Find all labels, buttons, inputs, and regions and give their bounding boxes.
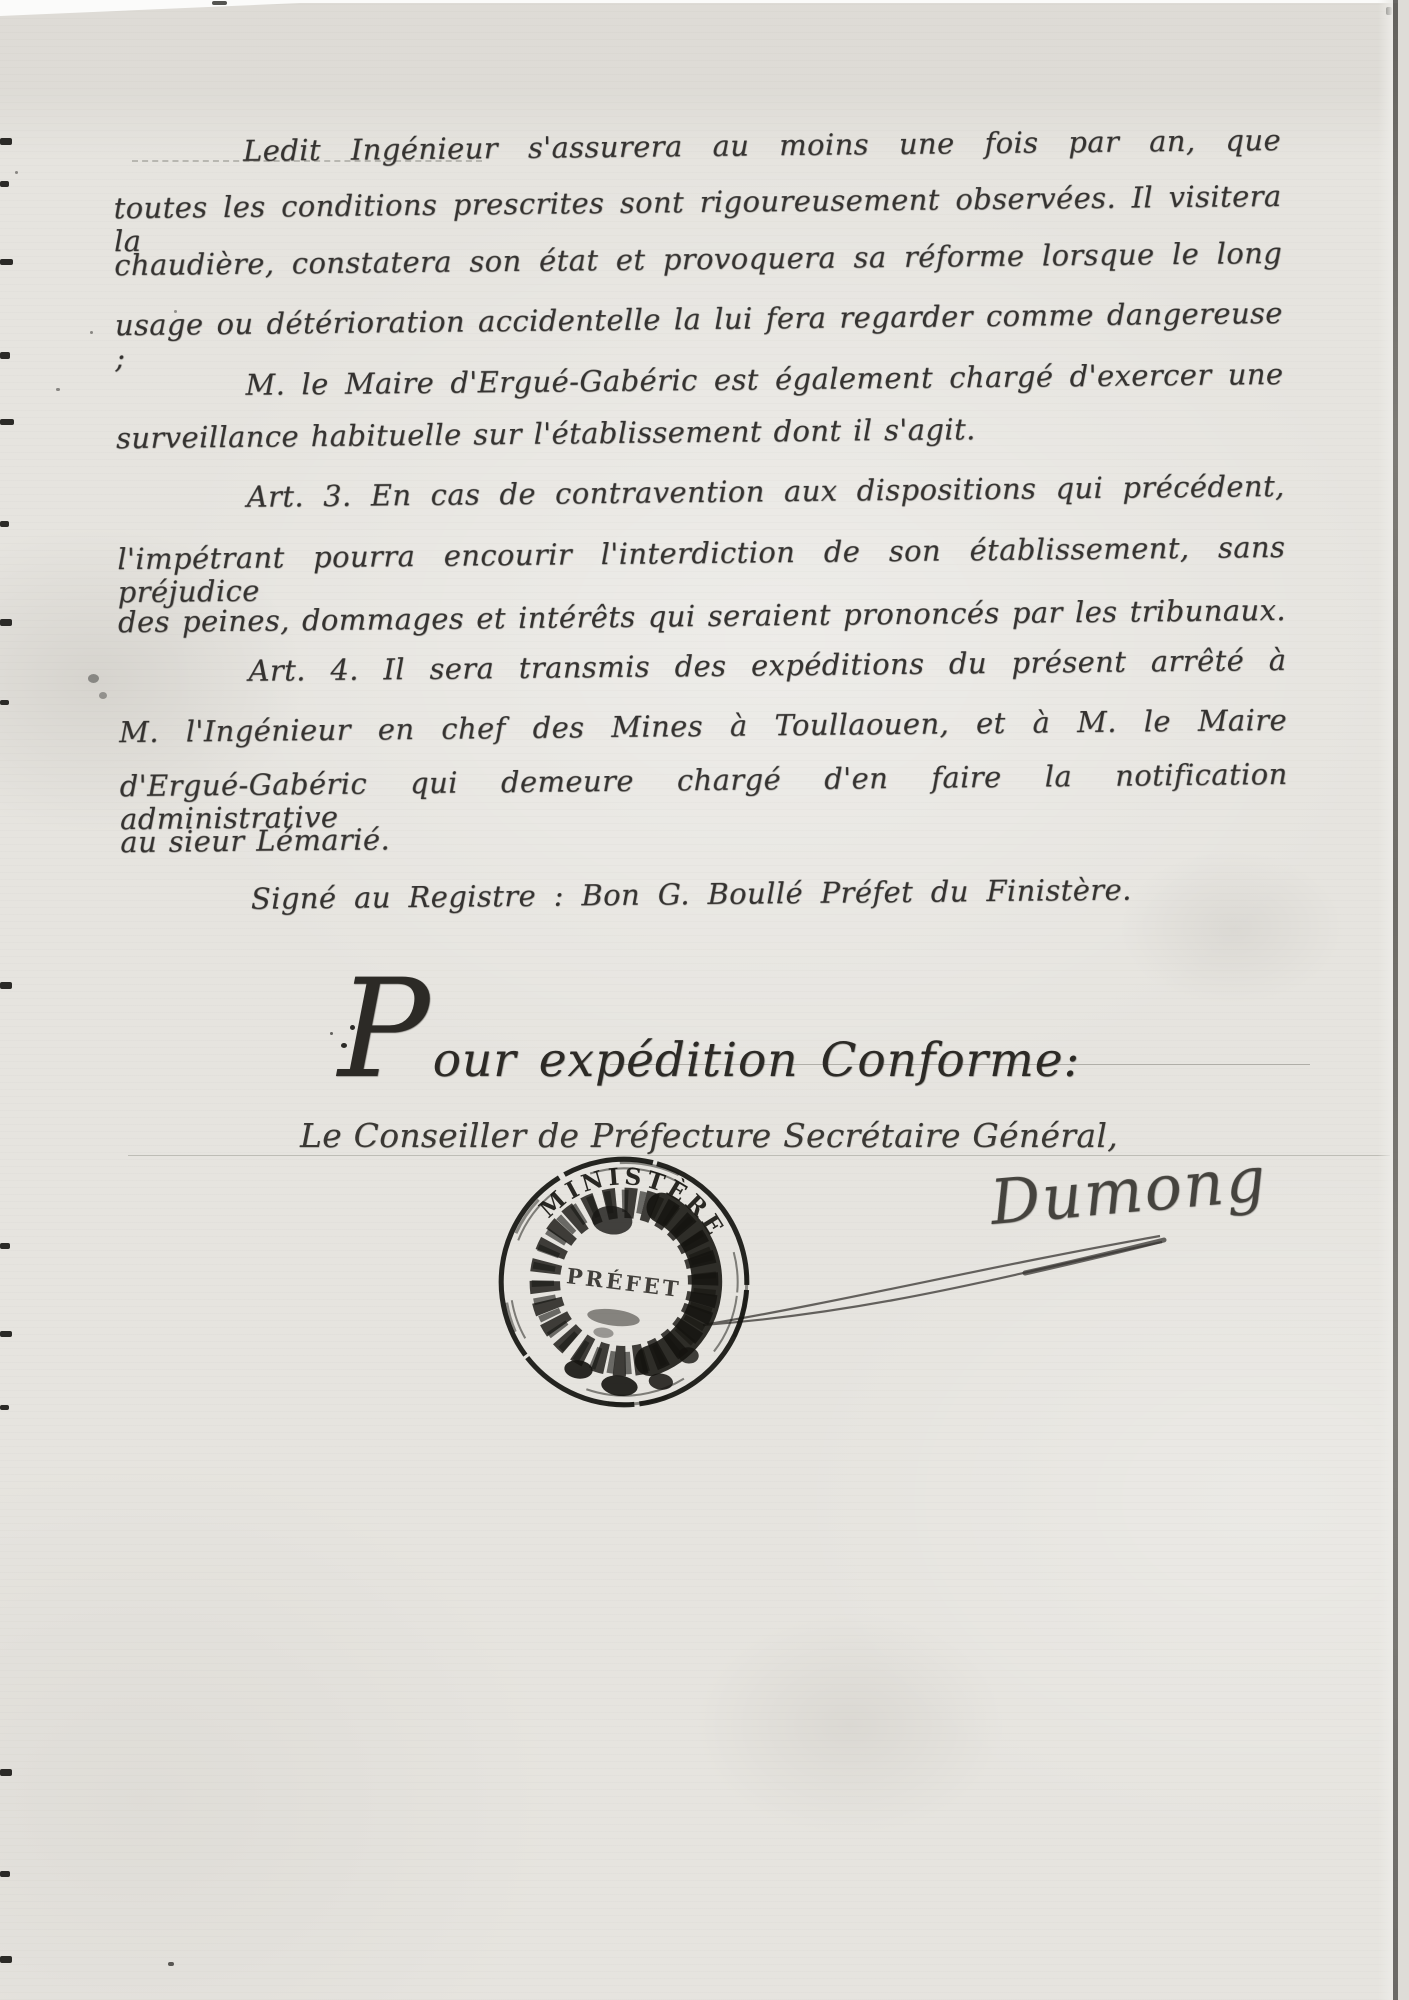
manuscript-line: Art. 4. Il sera transmis des expéditions…	[118, 644, 1286, 690]
flourish-loop	[703, 1236, 1162, 1325]
stamp-smudge	[593, 1326, 614, 1339]
manuscript-line: Art. 3. En cas de contravention aux disp…	[117, 470, 1285, 516]
closing-role-line: Le Conseiller de Préfecture Secrétaire G…	[300, 1116, 1118, 1155]
manuscript-line: Ledit Ingénieur s'assurera au moins une …	[113, 124, 1281, 170]
stamp-smudge	[586, 1306, 640, 1329]
page-edge-right	[1398, 0, 1409, 2000]
stamp-center-text: PRÉFET	[565, 1264, 683, 1303]
prefecture-stamp: MINISTÈRE PRÉFET	[472, 1130, 775, 1433]
manuscript-line: M. l'Ingénieur en chef des Mines à Toull…	[119, 704, 1287, 750]
registry-signature-line: Signé au Registre : Bon G. Boullé Préfet…	[121, 872, 1289, 918]
closing-heading: Pour expédition Conforme:	[338, 975, 1080, 1084]
scanned-manuscript-page: Ledit Ingénieur s'assurera au moins une …	[0, 0, 1409, 2000]
page-fold-highlight	[1378, 0, 1393, 2000]
manuscript-line: surveillance habituelle sur l'établissem…	[116, 410, 1284, 456]
ink-blob	[563, 1359, 593, 1381]
